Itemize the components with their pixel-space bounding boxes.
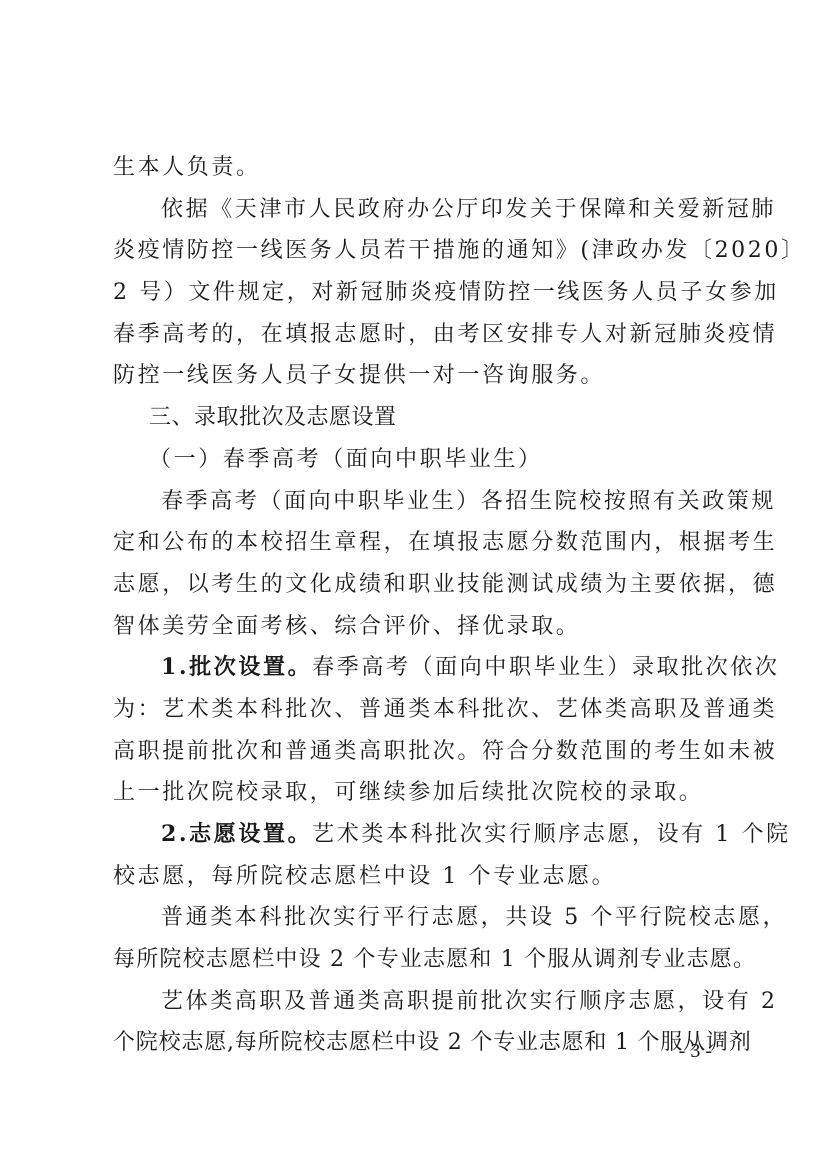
item-text: 艺术类本科批次实行顺序志愿，设有 1 个院 (312, 822, 791, 847)
paragraph-line: 艺体类高职及普通类高职提前批次实行顺序志愿，设有 2 (113, 981, 711, 1023)
item-text: 春季高考（面向中职毕业生）录取批次依次 (312, 655, 779, 680)
paragraph-line: 依据《天津市人民政府办公厅印发关于保障和关爱新冠肺 (113, 189, 711, 231)
item-label: 1.批次设置。 (161, 654, 312, 680)
paragraph-line: 春季高考的，在填报志愿时，由考区安排专人对新冠肺炎疫情 (113, 314, 711, 356)
paragraph-line: 志愿，以考生的文化成绩和职业技能测试成绩为主要依据，德 (113, 564, 711, 606)
item-preference-setting: 2.志愿设置。艺术类本科批次实行顺序志愿，设有 1 个院 (113, 814, 711, 856)
item-label: 2.志愿设置。 (161, 821, 312, 847)
paragraph-line: 为：艺术类本科批次、普通类本科批次、艺体类高职及普通类 (113, 689, 711, 731)
paragraph-line: 防控一线医务人员子女提供一对一咨询服务。 (113, 355, 711, 397)
paragraph-line: 定和公布的本校招生章程，在填报志愿分数范围内，根据考生 (113, 522, 711, 564)
subsection-heading: （一）春季高考（面向中职毕业生） (113, 439, 711, 481)
paragraph-line: 个院校志愿,每所院校志愿栏中设 2 个专业志愿和 1 个服从调剂 (113, 1022, 711, 1064)
paragraph-line: 校志愿，每所院校志愿栏中设 1 个专业志愿。 (113, 856, 711, 898)
paragraph-line: 2 号）文件规定，对新冠肺炎疫情防控一线医务人员子女参加 (113, 272, 711, 314)
paragraph-line: 春季高考（面向中职毕业生）各招生院校按照有关政策规 (113, 481, 711, 523)
paragraph-line: 高职提前批次和普通类高职批次。符合分数范围的考生如未被 (113, 731, 711, 773)
paragraph-line: 上一批次院校录取，可继续参加后续批次院校的录取。 (113, 772, 711, 814)
item-batch-setting: 1.批次设置。春季高考（面向中职毕业生）录取批次依次 (113, 647, 711, 689)
paragraph-line: 普通类本科批次实行平行志愿，共设 5 个平行院校志愿， (113, 897, 711, 939)
paragraph-line: 生本人负责。 (113, 147, 711, 189)
paragraph-line: 智体美劳全面考核、综合评价、择优录取。 (113, 606, 711, 648)
paragraph-line: 炎疫情防控一线医务人员若干措施的通知》(津政办发〔2020〕 (113, 230, 711, 272)
section-heading: 三、录取批次及志愿设置 (113, 397, 711, 439)
paragraph-line: 每所院校志愿栏中设 2 个专业志愿和 1 个服从调剂专业志愿。 (113, 939, 711, 981)
page-number: - 3 - (679, 1040, 712, 1063)
document-page: 生本人负责。 依据《天津市人民政府办公厅印发关于保障和关爱新冠肺 炎疫情防控一线… (113, 147, 711, 1064)
